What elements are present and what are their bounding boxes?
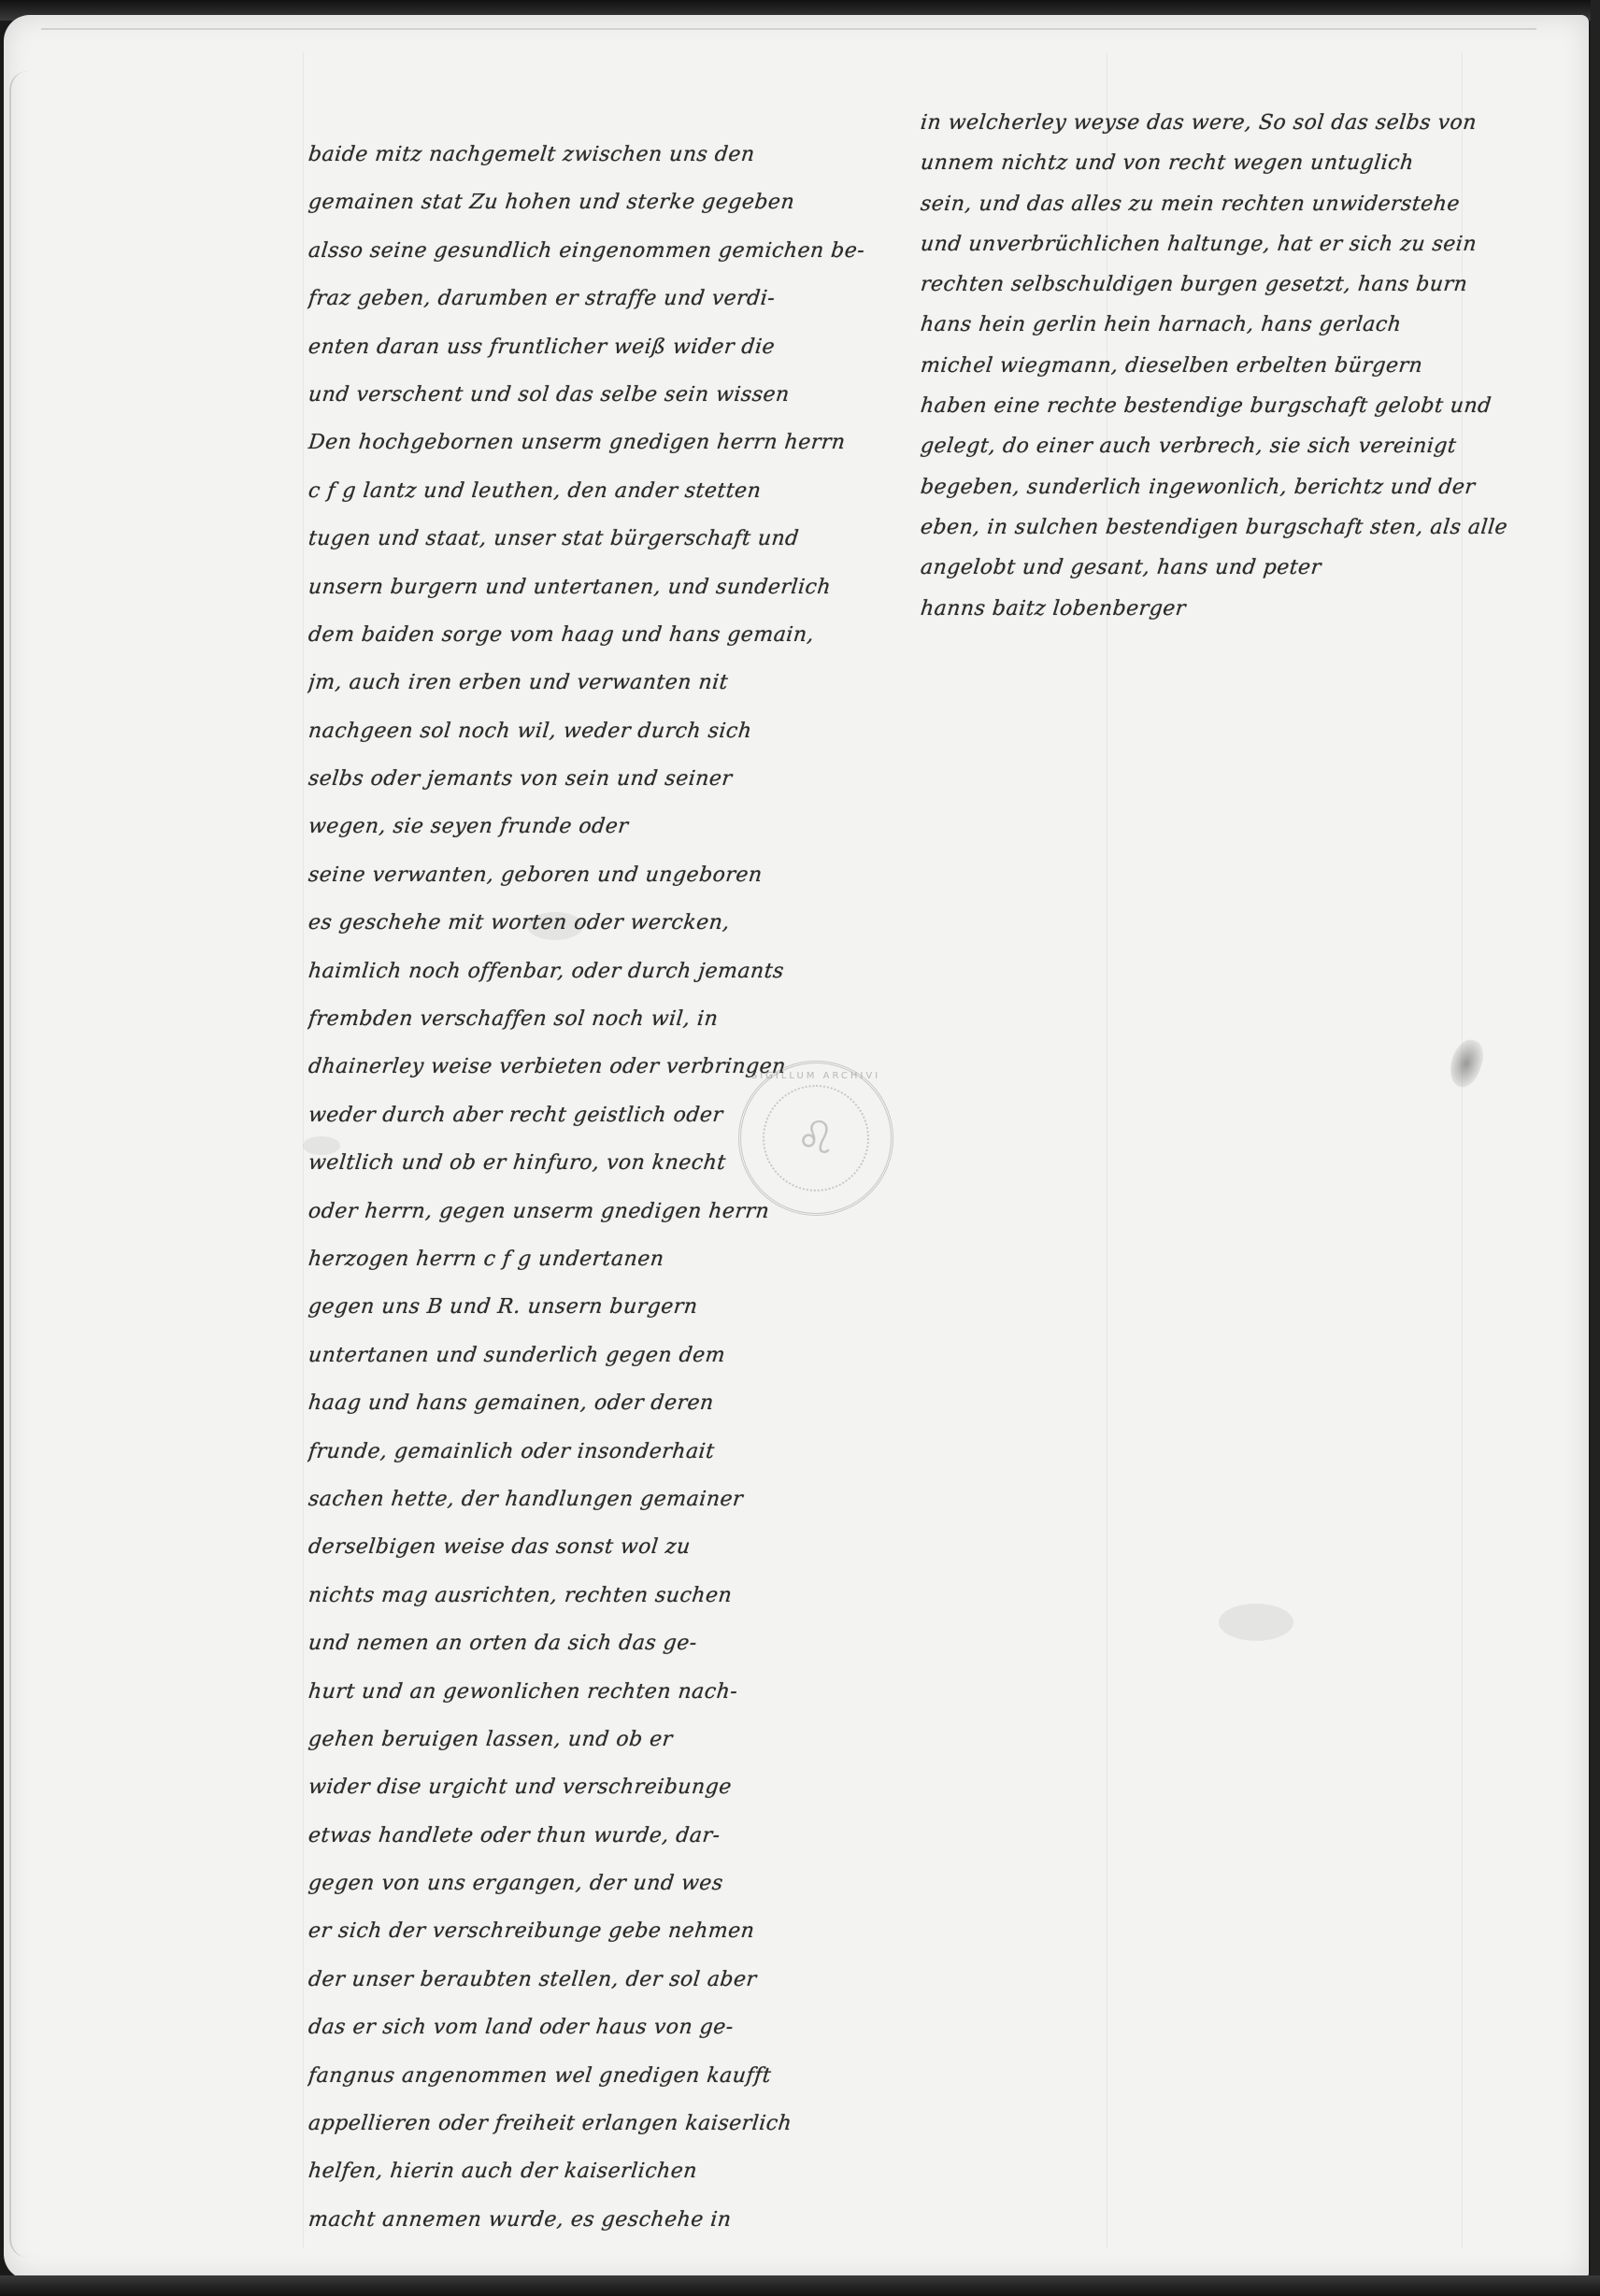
scanner-border-bottom xyxy=(0,2275,1600,2296)
left-column-line: Den hochgebornen unserm gnedigen herrn h… xyxy=(306,419,908,466)
right-column-line: und unverbrüchlichen haltunge, hat er si… xyxy=(919,224,1568,264)
left-column-line: der unser beraubten stellen, der sol abe… xyxy=(306,1956,908,2004)
left-column-line: gemainen stat Zu hohen und sterke gegebe… xyxy=(306,178,908,226)
scanner-border-right xyxy=(1591,0,1600,2296)
left-column-line: er sich der verschreibunge gebe nehmen xyxy=(306,1907,908,1955)
left-column-line: und verschent und sol das selbe sein wis… xyxy=(306,371,908,419)
left-column-line: nachgeen sol noch wil, weder durch sich xyxy=(306,707,908,755)
left-column-line: macht annemen wurde, es geschehe in xyxy=(306,2196,908,2244)
left-column-line: untertanen und sunderlich gegen dem xyxy=(306,1332,908,1379)
left-column-line: sachen hette, der handlungen gemainer xyxy=(306,1476,908,1523)
left-column-line: tugen und staat, unser stat bürgerschaft… xyxy=(306,515,908,563)
left-column-line: enten daran uss fruntlicher weiß wider d… xyxy=(306,323,908,371)
left-column-line: etwas handlete oder thun wurde, dar- xyxy=(306,1812,908,1860)
left-column-line: helfen, hierin auch der kaiserlichen xyxy=(306,2147,908,2195)
right-column-line: angelobt und gesant, hans und peter xyxy=(919,548,1568,588)
left-column-line: fangnus angenommen wel gnedigen kaufft xyxy=(306,2052,908,2100)
left-column-line: und nemen an orten da sich das ge- xyxy=(306,1619,908,1667)
left-column-line: selbs oder jemants von sein und seiner xyxy=(306,755,908,803)
left-column-line: haag und hans gemainen, oder deren xyxy=(306,1379,908,1427)
left-column-line: nichts mag ausrichten, rechten suchen xyxy=(306,1572,908,1619)
left-column-line: alsso seine gesundlich eingenommen gemic… xyxy=(306,227,908,275)
left-column-line: c f g lantz und leuthen, den ander stett… xyxy=(306,467,908,515)
left-column-line: seine verwanten, geboren und ungeboren xyxy=(306,851,908,899)
page-edge-top xyxy=(41,28,1536,49)
right-column-line: sein, und das alles zu mein rechten unwi… xyxy=(919,184,1568,224)
left-column-line: frembden verschaffen sol noch wil, in xyxy=(306,995,908,1043)
left-column-line: frunde, gemainlich oder insonderhait xyxy=(306,1428,908,1476)
right-text-column: in welcherley weyse das were, So sol das… xyxy=(921,103,1565,629)
right-column-line: rechten selbschuldigen burgen gesetzt, h… xyxy=(919,264,1568,305)
left-column-line: baide mitz nachgemelt zwischen uns den xyxy=(306,131,908,178)
seal-inner-ring: ♌ xyxy=(763,1085,869,1191)
left-column-line: gegen uns B und R. unsern burgern xyxy=(306,1283,908,1331)
left-column-line: es geschehe mit worten oder wercken, xyxy=(306,899,908,947)
seal-inscription: SIGILLUM ARCHIVI xyxy=(741,1071,891,1081)
right-column-line: unnem nichtz und von recht wegen untugli… xyxy=(919,143,1568,183)
fold-line xyxy=(303,52,304,2248)
archive-seal: SIGILLUM ARCHIVI ♌ xyxy=(738,1061,893,1216)
right-column-line: hans hein gerlin hein harnach, hans gerl… xyxy=(919,305,1568,345)
left-column-line: dem baiden sorge vom haag und hans gemai… xyxy=(306,611,908,659)
right-column-line: gelegt, do einer auch verbrech, sie sich… xyxy=(919,426,1568,466)
left-column-line: derselbigen weise das sonst wol zu xyxy=(306,1523,908,1571)
right-column-line: eben, in sulchen bestendigen burgschaft … xyxy=(919,507,1568,548)
right-column-line: hanns baitz lobenberger xyxy=(919,589,1568,629)
right-column-line: michel wiegmann, dieselben erbelten bürg… xyxy=(919,346,1568,386)
heraldic-lion-icon: ♌ xyxy=(795,1112,836,1164)
left-column-line: gegen von uns ergangen, der und wes xyxy=(306,1860,908,1907)
left-column-line: das er sich vom land oder haus von ge- xyxy=(306,2004,908,2051)
right-column-line: begeben, sunderlich ingewonlich, bericht… xyxy=(919,467,1568,507)
left-column-line: wegen, sie seyen frunde oder xyxy=(306,803,908,850)
left-column-line: unsern burgern und untertanen, und sunde… xyxy=(306,563,908,611)
left-column-line: appellieren oder freiheit erlangen kaise… xyxy=(306,2100,908,2147)
right-column-line: in welcherley weyse das were, So sol das… xyxy=(919,103,1568,143)
left-column-line: fraz geben, darumben er straffe und verd… xyxy=(306,275,908,322)
left-column-line: wider dise urgicht und verschreibunge xyxy=(306,1763,908,1811)
page-edge-left xyxy=(9,71,30,2258)
left-column-line: herzogen herrn c f g undertanen xyxy=(306,1235,908,1283)
paper-stain xyxy=(1219,1604,1293,1641)
left-column-line: haimlich noch offenbar, oder durch jeman… xyxy=(306,948,908,995)
left-column-line: jm, auch iren erben und verwanten nit xyxy=(306,659,908,706)
left-column-line: hurt und an gewonlichen rechten nach- xyxy=(306,1668,908,1716)
right-column-line: haben eine rechte bestendige burgschaft … xyxy=(919,386,1568,426)
left-column-line: gehen beruigen lassen, und ob er xyxy=(306,1716,908,1763)
